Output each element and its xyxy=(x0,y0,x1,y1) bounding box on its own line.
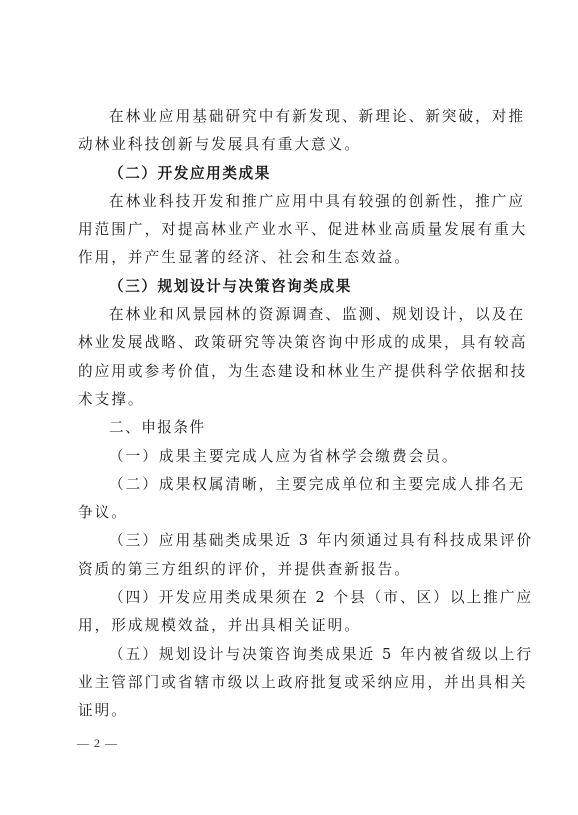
subheading-planning-consulting: （三）规划设计与决策咨询类成果 xyxy=(78,273,502,301)
document-page: 在林业应用基础研究中有新发现、新理论、新突破，对推 动林业科技创新与发展具有重大… xyxy=(0,0,578,815)
body-text-line: 在林业科技开发和推广应用中具有较强的创新性，推广应 xyxy=(78,188,502,216)
condition-item-1: （一）成果主要完成人应为省林学会缴费会员。 xyxy=(78,443,502,471)
body-text-line: 的应用或参考价值，为生态建设和林业生产提供科学依据和技 xyxy=(78,358,502,386)
condition-item-3: （三）应用基础类成果近 3 年内须通过具有科技成果评价 xyxy=(78,527,502,555)
condition-item-5: （五）规划设计与决策咨询类成果近 5 年内被省级以上行 xyxy=(78,641,502,669)
body-text-line: 争议。 xyxy=(78,499,502,527)
section-heading-application-conditions: 二、申报条件 xyxy=(78,414,502,442)
body-text-line: 作用，并产生显著的经济、社会和生态效益。 xyxy=(78,244,502,272)
condition-item-2: （二）成果权属清晰，主要完成单位和主要完成人排名无 xyxy=(78,471,502,499)
body-text-line: 用范围广，对提高林业产业水平、促进林业高质量发展有重大 xyxy=(78,216,502,244)
body-text-line: 在林业应用基础研究中有新发现、新理论、新突破，对推 xyxy=(78,103,502,131)
body-text-line: 业主管部门或省辖市级以上政府批复或采纳应用，并出具相关 xyxy=(78,669,502,697)
condition-item-4: （四）开发应用类成果须在 2 个县（市、区）以上推广应 xyxy=(78,584,502,612)
subheading-development-application: （二）开发应用类成果 xyxy=(78,160,502,188)
document-body: 在林业应用基础研究中有新发现、新理论、新突破，对推 动林业科技创新与发展具有重大… xyxy=(78,103,502,726)
body-text-line: 用，形成规模效益，并出具相关证明。 xyxy=(78,612,502,640)
body-text-line: 在林业和风景园林的资源调查、监测、规划设计，以及在 xyxy=(78,301,502,329)
body-text-line: 证明。 xyxy=(78,697,502,725)
body-text-line: 术支撑。 xyxy=(78,386,502,414)
page-number: — 2 — xyxy=(77,736,118,751)
body-text-line: 林业发展战略、政策研究等决策咨询中形成的成果，具有较高 xyxy=(78,329,502,357)
body-text-line: 资质的第三方组织的评价，并提供查新报告。 xyxy=(78,556,502,584)
body-text-line: 动林业科技创新与发展具有重大意义。 xyxy=(78,131,502,159)
